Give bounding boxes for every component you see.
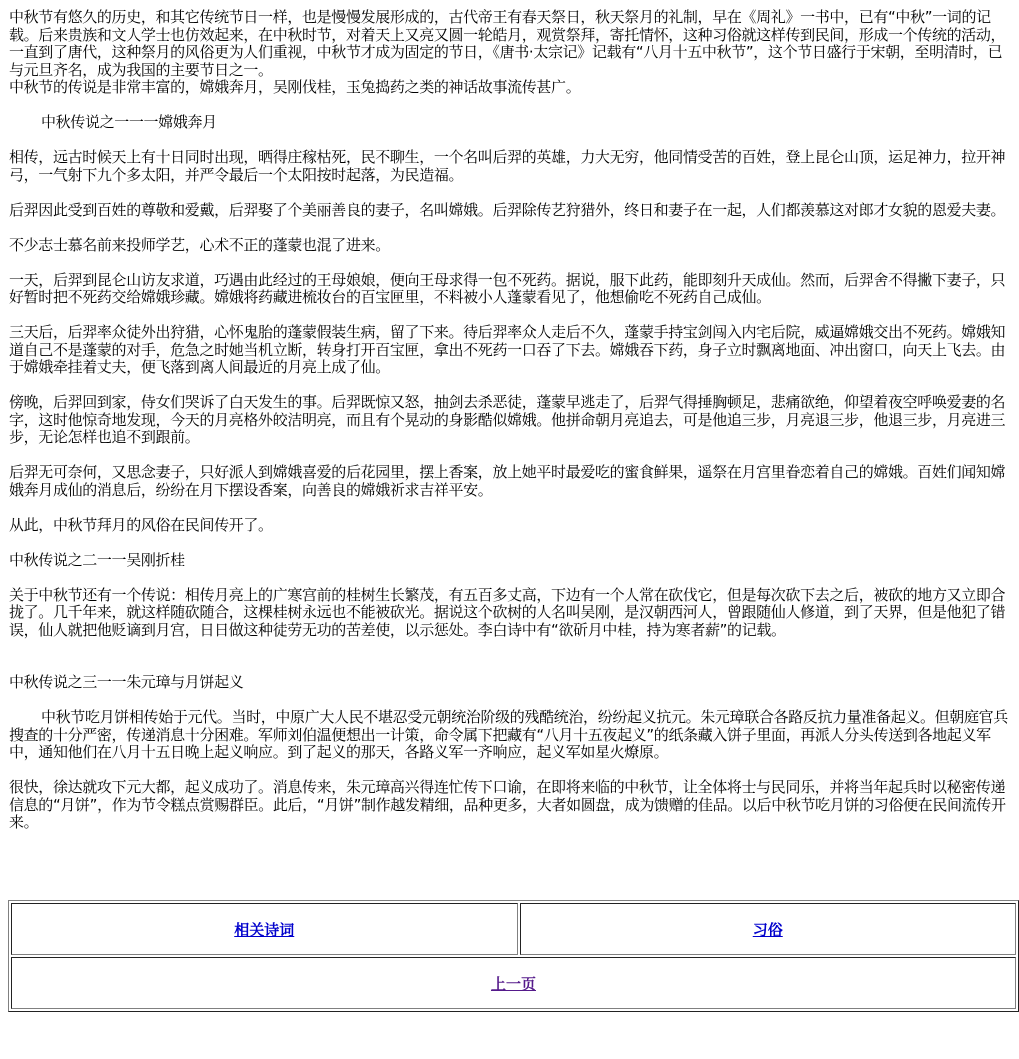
legend1-paragraph: 不少志士慕名前来投师学艺，心术不正的蓬蒙也混了进来。 [9,237,1009,255]
legend1-paragraph: 后羿无可奈何，又思念妻子，只好派人到嫦娥喜爱的后花园里，摆上香案，放上她平时最爱… [9,464,1009,499]
section-title-legend-1: 中秋传说之一一一嫦娥奔月 [9,114,1009,132]
legend1-paragraph: 后羿因此受到百姓的尊敬和爱戴，后羿娶了个美丽善良的妻子，名叫嫦娥。后羿除传艺狩猎… [9,202,1009,220]
intro-paragraph-history: 中秋节有悠久的历史，和其它传统节日一样，也是慢慢发展形成的，古代帝王有春天祭日，… [9,9,1009,79]
section-title-legend-2: 中秋传说之二一一吴刚折桂 [9,552,1009,570]
nav-cell-related-poems: 相关诗词 [11,903,518,955]
legend1-paragraph: 从此，中秋节拜月的风俗在民间传开了。 [9,517,1009,535]
navigation-table: 相关诗词 习俗 上一页 [8,900,1019,1012]
intro-paragraph-legends: 中秋节的传说是非常丰富的，嫦娥奔月，吴刚伐桂，玉兔捣药之类的神话故事流传甚广。 [9,79,1009,97]
legend1-paragraph: 傍晚，后羿回到家，侍女们哭诉了白天发生的事。后羿既惊又怒，抽剑去杀恶徒，蓬蒙早逃… [9,394,1009,447]
legend3-paragraph: 中秋节吃月饼相传始于元代。当时，中原广大人民不堪忍受元朝统治阶级的残酷统治，纷纷… [9,709,1009,762]
legend2-paragraph: 关于中秋节还有一个传说：相传月亮上的广寒宫前的桂树生长繁茂，有五百多丈高，下边有… [9,587,1009,640]
previous-page-link[interactable]: 上一页 [491,975,536,993]
nav-cell-previous-page: 上一页 [11,957,1016,1009]
customs-link[interactable]: 习俗 [753,921,783,939]
related-poems-link[interactable]: 相关诗词 [234,921,294,939]
section-title-legend-3: 中秋传说之三一一朱元璋与月饼起义 [9,674,1009,692]
legend3-paragraph: 很快，徐达就攻下元大都，起义成功了。消息传来，朱元璋高兴得连忙传下口谕，在即将来… [9,779,1009,832]
legend1-paragraph: 三天后，后羿率众徒外出狩猎，心怀鬼胎的蓬蒙假装生病，留了下来。待后羿率众人走后不… [9,324,1009,377]
article-body: 中秋节有悠久的历史，和其它传统节日一样，也是慢慢发展形成的，古代帝王有春天祭日，… [9,9,1009,832]
legend1-paragraph: 相传，远古时候天上有十日同时出现，晒得庄稼枯死，民不聊生，一个名叫后羿的英雄，力… [9,149,1009,184]
legend1-paragraph: 一天，后羿到昆仑山访友求道，巧遇由此经过的王母娘娘，便向王母求得一包不死药。据说… [9,272,1009,307]
nav-cell-customs: 习俗 [520,903,1017,955]
